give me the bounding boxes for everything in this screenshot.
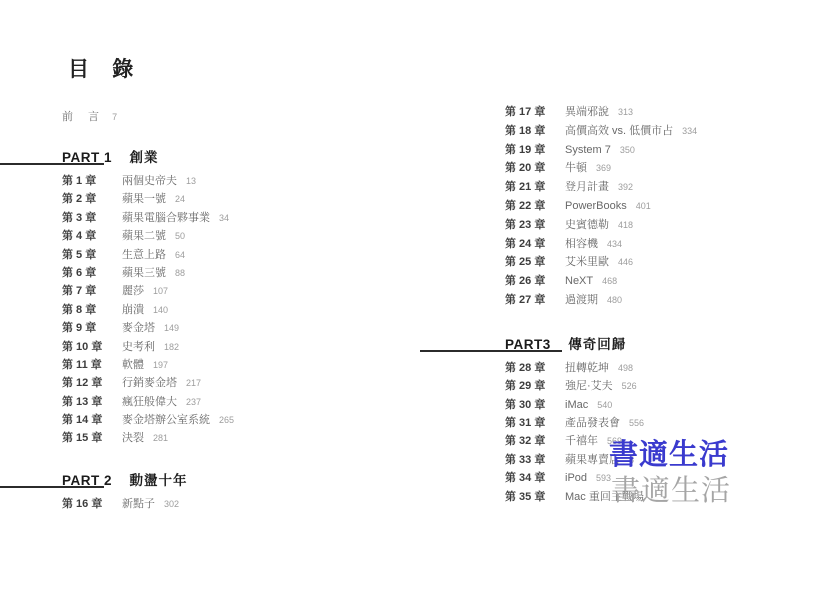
chapter-page-number: 313 [618,107,633,117]
chapter-page-number: 24 [175,194,185,204]
part3-header: PART3 傳奇回歸 [505,333,835,355]
chapter-row: 第 10 章 史考利 182 [62,338,422,356]
chapter-number: 第 17 章 [505,103,553,119]
chapter-title: 蘋果二號 [122,227,166,243]
chapter-row: 第 21 章 登月計畫 392 [505,178,835,197]
chapter-page-number: 480 [607,295,622,305]
part3-title: 傳奇回歸 [568,337,626,352]
chapter-number: 第 4 章 [62,227,110,243]
part3-underline [420,350,562,352]
chapter-row: 第 18 章 高價高效 vs. 低價市占 334 [505,122,835,141]
chapter-number: 第 21 章 [505,178,553,194]
chapter-row: 第 22 章 PowerBooks 401 [505,197,835,216]
chapter-title: 蘋果電腦合夥事業 [122,209,210,225]
chapter-row: 第 5 章 生意上路 64 [62,246,422,264]
chapter-list-part2-right: 第 17 章 異端邪說 313 第 18 章 高價高效 vs. 低價市占 334… [505,103,835,310]
chapter-page-number: 350 [620,145,635,155]
chapter-number: 第 24 章 [505,235,553,251]
chapter-number: 第 15 章 [62,429,110,445]
chapter-number: 第 34 章 [505,469,553,485]
toc-column-left: PART 1 創業 第 1 章 兩個史帝夫 13 第 2 章 蘋果一號 24 第… [62,146,422,513]
chapter-number: 第 35 章 [505,488,553,504]
chapter-title: 決裂 [122,429,144,445]
chapter-page-number: 50 [175,231,185,241]
chapter-number: 第 20 章 [505,159,553,175]
chapter-number: 第 27 章 [505,291,553,307]
chapter-title: 千禧年 [565,432,598,448]
chapter-row: 第 6 章 蘋果三號 88 [62,264,422,282]
chapter-row: 第 17 章 異端邪說 313 [505,103,835,122]
chapter-page-number: 149 [164,323,179,333]
part2-underline [0,486,104,488]
chapter-row: 第 19 章 System 7 350 [505,141,835,160]
chapter-number: 第 5 章 [62,246,110,262]
chapter-row: 第 4 章 蘋果二號 50 [62,227,422,245]
chapter-title: 強尼·艾夫 [565,377,613,393]
chapter-page-number: 334 [682,126,697,136]
chapter-page-number: 418 [618,220,633,230]
chapter-title: 瘋狂般偉大 [122,393,177,409]
chapter-title: 麥金塔辦公室系統 [122,411,210,427]
chapter-page-number: 593 [596,473,611,483]
chapter-title: 相容機 [565,235,598,251]
chapter-row: 第 8 章 崩潰 140 [62,301,422,319]
chapter-page-number: 265 [219,415,234,425]
part1-underline [0,163,104,165]
chapter-row: 第 31 章 產品發表會 556 [505,414,835,432]
chapter-row: 第 23 章 史賓德勒 418 [505,216,835,235]
chapter-title: 登月計畫 [565,178,609,194]
chapter-title: 高價高效 vs. 低價市占 [565,122,673,138]
part1-title: 創業 [129,150,158,165]
chapter-page-number: 88 [175,268,185,278]
chapter-title: 麗莎 [122,282,144,298]
chapter-row: 第 24 章 相容機 434 [505,235,835,254]
chapter-title: 史考利 [122,338,155,354]
chapter-number: 第 26 章 [505,272,553,288]
chapter-row: 第 16 章 新點子 302 [62,495,422,513]
chapter-page-number: 446 [618,257,633,267]
chapter-row: 第 13 章 瘋狂般偉大 237 [62,393,422,411]
chapter-title: 異端邪說 [565,103,609,119]
chapter-page-number: 34 [219,213,229,223]
preface-label: 前 言 [62,108,105,124]
chapter-page-number: 217 [186,378,201,388]
chapter-title: 產品發表會 [565,414,620,430]
chapter-title: 蘋果三號 [122,264,166,280]
chapter-number: 第 19 章 [505,141,553,157]
chapter-number: 第 33 章 [505,451,553,467]
chapter-page-number: 434 [607,239,622,249]
chapter-number: 第 2 章 [62,190,110,206]
chapter-page-number: 140 [153,305,168,315]
chapter-title: 行銷麥金塔 [122,374,177,390]
chapter-title: 新點子 [122,495,155,511]
chapter-page-number: 526 [622,381,637,391]
chapter-row: 第 30 章 iMac 540 [505,396,835,414]
chapter-title: 牛頓 [565,159,587,175]
chapter-page-number: 556 [629,418,644,428]
chapter-title: PowerBooks [565,200,627,212]
chapter-row: 第 9 章 麥金塔 149 [62,319,422,337]
chapter-page-number: 498 [618,363,633,373]
chapter-row: 第 26 章 NeXT 468 [505,272,835,291]
chapter-row: 第 3 章 蘋果電腦合夥事業 34 [62,209,422,227]
chapter-number: 第 12 章 [62,374,110,390]
chapter-page-number: 401 [636,201,651,211]
chapter-row: 第 7 章 麗莎 107 [62,282,422,300]
chapter-page-number: 369 [596,163,611,173]
chapter-title: 軟體 [122,356,144,372]
chapter-number: 第 14 章 [62,411,110,427]
chapter-list-part2-left: 第 16 章 新點子 302 [62,495,422,513]
chapter-title: 艾米里歐 [565,253,609,269]
chapter-page-number: 182 [164,342,179,352]
chapter-number: 第 11 章 [62,356,110,372]
chapter-number: 第 8 章 [62,301,110,317]
chapter-number: 第 6 章 [62,264,110,280]
chapter-title: 生意上路 [122,246,166,262]
chapter-page-number: 13 [186,176,196,186]
watermark-gray: 書適生活 [611,477,731,506]
chapter-row: 第 14 章 麥金塔辦公室系統 265 [62,411,422,429]
chapter-page-number: 540 [597,400,612,410]
chapter-number: 第 13 章 [62,393,110,409]
chapter-page-number: 302 [164,499,179,509]
chapter-row: 第 1 章 兩個史帝夫 13 [62,172,422,190]
chapter-title: 蘋果一號 [122,190,166,206]
chapter-number: 第 30 章 [505,396,553,412]
chapter-page-number: 64 [175,250,185,260]
chapter-page-number: 281 [153,433,168,443]
chapter-page-number: 197 [153,360,168,370]
chapter-title: 兩個史帝夫 [122,172,177,188]
part2-title: 動盪十年 [129,473,187,488]
chapter-row: 第 2 章 蘋果一號 24 [62,190,422,208]
chapter-row: 第 12 章 行銷麥金塔 217 [62,374,422,392]
chapter-row: 第 29 章 強尼·艾夫 526 [505,377,835,395]
chapter-row: 第 27 章 過渡期 480 [505,291,835,310]
preface-page-number: 7 [112,112,117,122]
chapter-number: 第 18 章 [505,122,553,138]
chapter-number: 第 32 章 [505,432,553,448]
chapter-number: 第 1 章 [62,172,110,188]
chapter-title: 扭轉乾坤 [565,359,609,375]
part1-header: PART 1 創業 [62,146,422,168]
chapter-title: 麥金塔 [122,319,155,335]
chapter-row: 第 11 章 軟體 197 [62,356,422,374]
chapter-title: 史賓德勒 [565,216,609,232]
chapter-number: 第 22 章 [505,197,553,213]
chapter-page-number: 237 [186,397,201,407]
chapter-list-part1: 第 1 章 兩個史帝夫 13 第 2 章 蘋果一號 24 第 3 章 蘋果電腦合… [62,172,422,448]
chapter-number: 第 3 章 [62,209,110,225]
chapter-page-number: 107 [153,286,168,296]
watermark-blue: 書適生活 [609,441,729,470]
chapter-title: iPod [565,472,587,484]
chapter-number: 第 28 章 [505,359,553,375]
chapter-row: 第 28 章 扭轉乾坤 498 [505,359,835,377]
chapter-title: System 7 [565,144,611,156]
chapter-row: 第 15 章 決裂 281 [62,429,422,447]
chapter-number: 第 23 章 [505,216,553,232]
preface-entry: 前 言 7 [62,108,117,124]
chapter-page-number: 392 [618,182,633,192]
chapter-number: 第 16 章 [62,495,110,511]
chapter-number: 第 9 章 [62,319,110,335]
chapter-number: 第 25 章 [505,253,553,269]
page-title: 目 錄 [68,53,142,83]
chapter-number: 第 10 章 [62,338,110,354]
chapter-title: 崩潰 [122,301,144,317]
chapter-title: 過渡期 [565,291,598,307]
chapter-number: 第 7 章 [62,282,110,298]
toc-page: 目 錄 前 言 7 PART 1 創業 第 1 章 兩個史帝夫 13 第 2 章… [0,0,840,596]
chapter-page-number: 468 [602,276,617,286]
chapter-number: 第 29 章 [505,377,553,393]
chapter-number: 第 31 章 [505,414,553,430]
chapter-title: iMac [565,399,588,411]
part2-header: PART 2 動盪十年 [62,469,422,491]
chapter-title: NeXT [565,275,593,287]
chapter-row: 第 25 章 艾米里歐 446 [505,253,835,272]
chapter-row: 第 20 章 牛頓 369 [505,159,835,178]
